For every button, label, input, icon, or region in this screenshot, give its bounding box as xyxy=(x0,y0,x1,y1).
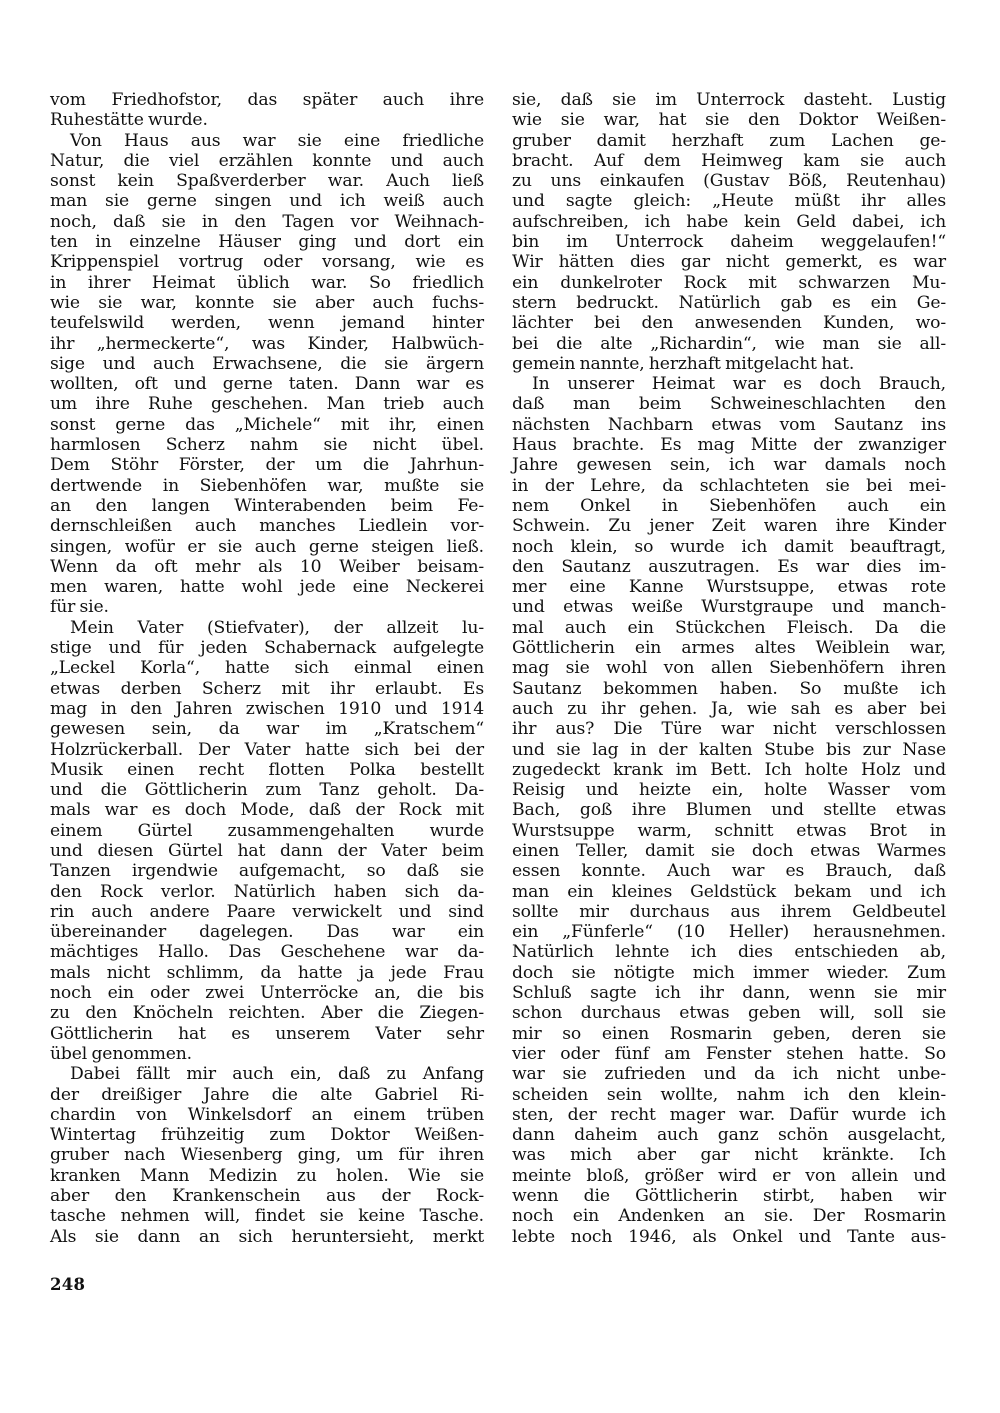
text-line: vier oder fünf am Fenster stehen hatte. … xyxy=(512,1044,946,1064)
text-line: Mein Vater (Stiefvater), der allzeit lu- xyxy=(50,618,484,638)
text-line: Dem Stöhr Förster, der um die Jahrhun- xyxy=(50,455,484,475)
text-line: tasche nehmen will, findet sie keine Tas… xyxy=(50,1206,484,1226)
text-line: schon durchaus etwas geben will, soll si… xyxy=(512,1003,946,1023)
text-line: mir so einen Rosmarin geben, deren sie xyxy=(512,1024,946,1044)
text-line: nächsten Nachbarn etwas vom Sautanz ins xyxy=(512,415,946,435)
text-line: noch ein oder zwei Unterröcke an, die bi… xyxy=(50,983,484,1003)
text-line: bei die alte „Richardin“, wie man sie al… xyxy=(512,334,946,354)
text-line: Wir hätten dies gar nicht gemerkt, es wa… xyxy=(512,252,946,272)
text-line: um ihre Ruhe geschehen. Man trieb auch xyxy=(50,394,484,414)
text-line: Wintertag frühzeitig zum Doktor Weißen- xyxy=(50,1125,484,1145)
text-line: zu den Knöcheln reichten. Aber die Ziege… xyxy=(50,1003,484,1023)
text-line: vom Friedhofstor, das später auch ihre xyxy=(50,90,484,110)
text-line: und etwas weiße Wurstgraupe und manch- xyxy=(512,597,946,617)
text-line: einen Teller, damit sie doch etwas Warme… xyxy=(512,841,946,861)
text-line: dann daheim auch ganz schön ausgelacht, xyxy=(512,1125,946,1145)
text-line: meinte bloß, größer wird er von allein u… xyxy=(512,1166,946,1186)
text-line: mag in den Jahren zwischen 1910 und 1914 xyxy=(50,699,484,719)
text-line: wie sie war, konnte sie aber auch fuchs- xyxy=(50,293,484,313)
text-line: Göttlicherin ein armes altes Weiblein wa… xyxy=(512,638,946,658)
text-line: was mich aber gar nicht kränkte. Ich xyxy=(512,1145,946,1165)
text-line: zugedeckt krank im Bett. Ich holte Holz … xyxy=(512,760,946,780)
text-line: dernschleißen auch manches Liedlein vor- xyxy=(50,516,484,536)
text-line: aber den Krankenschein aus der Rock- xyxy=(50,1186,484,1206)
text-line: wenn die Göttlicherin stirbt, haben wir xyxy=(512,1186,946,1206)
text-line: war sie zufrieden und da ich nicht unbe- xyxy=(512,1064,946,1084)
text-line: übereinander dagelegen. Das war ein xyxy=(50,922,484,942)
text-line: Natur, die viel erzählen konnte und auch xyxy=(50,151,484,171)
text-line: ihr aus? Die Türe war nicht verschlossen xyxy=(512,719,946,739)
text-line: men waren, hatte wohl jede eine Neckerei xyxy=(50,577,484,597)
text-line: auch zu ihr gehen. Ja, wie sah es aber b… xyxy=(512,699,946,719)
text-line: und sie lag in der kalten Stube bis zur … xyxy=(512,740,946,760)
text-line: doch sie nötigte mich immer wieder. Zum xyxy=(512,963,946,983)
page-number: 248 xyxy=(50,1275,85,1295)
text-line: Wurstsuppe warm, schnitt etwas Brot in xyxy=(512,821,946,841)
text-line: bracht. Auf dem Heimweg kam sie auch xyxy=(512,151,946,171)
text-line: nem Onkel in Siebenhöfen auch ein xyxy=(512,496,946,516)
text-line: dertwende in Siebenhöfen war, mußte sie xyxy=(50,476,484,496)
text-line: Bach, goß ihre Blumen und stellte etwas xyxy=(512,800,946,820)
text-line: sonst kein Spaßverderber war. Auch ließ xyxy=(50,171,484,191)
text-line: Tanzen irgendwie aufgemacht, so daß sie xyxy=(50,861,484,881)
text-line: mals nicht schlimm, da hatte ja jede Fra… xyxy=(50,963,484,983)
text-line: zu uns einkaufen (Gustav Böß, Reutenhau) xyxy=(512,171,946,191)
text-line: Als sie dann an sich heruntersieht, merk… xyxy=(50,1227,484,1247)
text-line: sie, daß sie im Unterrock dasteht. Lusti… xyxy=(512,90,946,110)
text-line: sten, der recht mager war. Dafür wurde i… xyxy=(512,1105,946,1125)
text-line: Von Haus aus war sie eine friedliche xyxy=(50,131,484,151)
text-line: mag sie wohl von allen Siebenhöfern ihre… xyxy=(512,658,946,678)
text-line: in ihrer Heimat üblich war. So friedlich xyxy=(50,273,484,293)
text-line: ten in einzelne Häuser ging und dort ein xyxy=(50,232,484,252)
text-line: Schluß sagte ich ihr dann, wenn sie mir xyxy=(512,983,946,1003)
text-line: Wenn da oft mehr als 10 Weiber beisam- xyxy=(50,557,484,577)
text-line: man ein kleines Geldstück bekam und ich xyxy=(512,882,946,902)
text-line: mächtiges Hallo. Das Geschehene war da- xyxy=(50,942,484,962)
text-line: den Sautanz auszutragen. Es war dies im- xyxy=(512,557,946,577)
text-line: sonst gerne das „Michele“ mit ihr, einen xyxy=(50,415,484,435)
book-page: vom Friedhofstor, das später auch ihreRu… xyxy=(0,0,1000,1413)
text-line: mals war es doch Mode, daß der Rock mit xyxy=(50,800,484,820)
text-line: und diesen Gürtel hat dann der Vater bei… xyxy=(50,841,484,861)
text-line: ein dunkelroter Rock mit schwarzen Mu- xyxy=(512,273,946,293)
text-line: gewesen sein, da war im „Kratschem“ xyxy=(50,719,484,739)
text-line: rin auch andere Paare verwickelt und sin… xyxy=(50,902,484,922)
text-line: einem Gürtel zusammengehalten wurde xyxy=(50,821,484,841)
text-line: lächter bei den anwesenden Kunden, wo- xyxy=(512,313,946,333)
text-line: mer eine Kanne Wurstsuppe, etwas rote xyxy=(512,577,946,597)
text-line: noch ein Andenken an sie. Der Rosmarin xyxy=(512,1206,946,1226)
text-line: für sie. xyxy=(50,597,484,617)
text-line: Musik einen recht flotten Polka bestellt xyxy=(50,760,484,780)
text-line: ein „Fünferle“ (10 Heller) herausnehmen. xyxy=(512,922,946,942)
text-line: Holzrückerball. Der Vater hatte sich bei… xyxy=(50,740,484,760)
text-line: essen konnte. Auch war es Brauch, daß xyxy=(512,861,946,881)
text-line: „Leckel Korla“, hatte sich einmal einen xyxy=(50,658,484,678)
text-line: lebte noch 1946, als Onkel und Tante aus… xyxy=(512,1227,946,1247)
text-line: gemein nannte, herzhaft mitgelacht hat. xyxy=(512,354,946,374)
text-line: teufelswild werden, wenn jemand hinter xyxy=(50,313,484,333)
text-line: gruber damit herzhaft zum Lachen ge- xyxy=(512,131,946,151)
text-line: an den langen Winterabenden beim Fe- xyxy=(50,496,484,516)
text-line: mal auch ein Stückchen Fleisch. Da die xyxy=(512,618,946,638)
text-line: der dreißiger Jahre die alte Gabriel Ri- xyxy=(50,1085,484,1105)
text-line: Ruhestätte wurde. xyxy=(50,110,484,130)
text-line: Jahre gewesen sein, ich war damals noch xyxy=(512,455,946,475)
text-line: stige und für jeden Schabernack aufgeleg… xyxy=(50,638,484,658)
text-line: Dabei fällt mir auch ein, daß zu Anfang xyxy=(50,1064,484,1084)
text-line: noch klein, so wurde ich damit beauftrag… xyxy=(512,537,946,557)
text-line: den Rock verlor. Natürlich haben sich da… xyxy=(50,882,484,902)
text-line: wie sie war, hat sie den Doktor Weißen- xyxy=(512,110,946,130)
text-line: stern bedruckt. Natürlich gab es ein Ge- xyxy=(512,293,946,313)
text-line: man sie gerne singen und ich weiß auch xyxy=(50,191,484,211)
text-line: bin im Unterrock daheim weggelaufen!“ xyxy=(512,232,946,252)
text-line: Krippenspiel vortrug oder vorsang, wie e… xyxy=(50,252,484,272)
text-line: und sagte gleich: „Heute müßt ihr alles xyxy=(512,191,946,211)
text-line: singen, wofür er sie auch gerne steigen … xyxy=(50,537,484,557)
text-line: gruber nach Wiesenberg ging, um für ihre… xyxy=(50,1145,484,1165)
text-line: sige und auch Erwachsene, die sie ärgern xyxy=(50,354,484,374)
text-line: In unserer Heimat war es doch Brauch, xyxy=(512,374,946,394)
text-line: Haus brachte. Es mag Mitte der zwanziger xyxy=(512,435,946,455)
text-line: und die Göttlicherin zum Tanz geholt. Da… xyxy=(50,780,484,800)
text-line: aufschreiben, ich habe kein Geld dabei, … xyxy=(512,212,946,232)
text-line: wollten, oft und gerne taten. Dann war e… xyxy=(50,374,484,394)
text-line: harmlosen Scherz nahm sie nicht übel. xyxy=(50,435,484,455)
text-line: scheiden sein wollte, nahm ich den klein… xyxy=(512,1085,946,1105)
text-line: daß man beim Schweineschlachten den xyxy=(512,394,946,414)
text-line: sollte mir durchaus aus ihrem Geldbeutel xyxy=(512,902,946,922)
text-line: Schwein. Zu jener Zeit waren ihre Kinder xyxy=(512,516,946,536)
text-line: Natürlich lehnte ich dies entschieden ab… xyxy=(512,942,946,962)
text-line: kranken Mann Medizin zu holen. Wie sie xyxy=(50,1166,484,1186)
text-line: Sautanz bekommen haben. So mußte ich xyxy=(512,679,946,699)
text-line: etwas derben Scherz mit ihr erlaubt. Es xyxy=(50,679,484,699)
text-line: übel genommen. xyxy=(50,1044,484,1064)
text-column-right: sie, daß sie im Unterrock dasteht. Lusti… xyxy=(512,90,946,1247)
text-line: ihr „hermeckerte“, was Kinder, Halbwüch- xyxy=(50,334,484,354)
text-column-left: vom Friedhofstor, das später auch ihreRu… xyxy=(50,90,484,1247)
text-line: in der Lehre, da schlachteten sie bei me… xyxy=(512,476,946,496)
text-line: Reisig und heizte ein, holte Wasser vom xyxy=(512,780,946,800)
text-line: noch, daß sie in den Tagen vor Weihnach- xyxy=(50,212,484,232)
text-line: chardin von Winkelsdorf an einem trüben xyxy=(50,1105,484,1125)
text-line: Göttlicherin hat es unserem Vater sehr xyxy=(50,1024,484,1044)
